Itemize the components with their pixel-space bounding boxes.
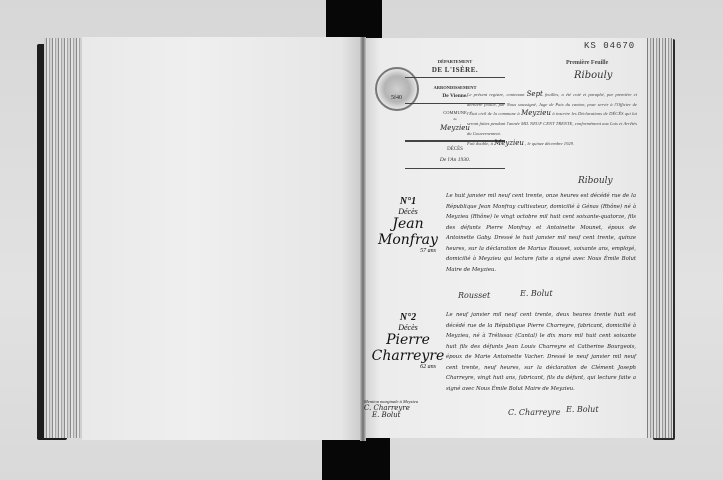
pages-count-handwritten: Sept xyxy=(527,90,543,98)
done-date: , le quinze décembre 1929. xyxy=(525,141,574,146)
entry-signature: E. Bolut xyxy=(566,405,599,414)
register-year: De l'An 1930. xyxy=(410,157,500,163)
scanner-clamp-bottom xyxy=(322,438,390,480)
done-at: Fait double, à xyxy=(467,141,493,146)
scanner-clamp-top xyxy=(326,0,382,38)
divider xyxy=(405,77,505,78)
entry-signature: C. Charreyre xyxy=(508,408,560,417)
entry-last-name: Charreyre xyxy=(368,348,448,364)
stamp-value: 5f40 xyxy=(391,95,402,101)
entry-signature: E. Bolut xyxy=(520,289,553,298)
left-page-blank xyxy=(82,37,363,440)
entry-margin: N°2 Décès Pierre Charreyre 62 ans xyxy=(368,312,448,370)
entry-number: N°2 xyxy=(368,312,448,323)
entry-signature: Rousset xyxy=(458,291,490,300)
entry-type: Décès xyxy=(368,323,448,332)
commune-handwritten: Meyzieu xyxy=(521,109,551,117)
entry-first-name: Pierre xyxy=(368,332,448,348)
entry-text: Le huit janvier mil neuf cent trente, on… xyxy=(446,191,636,275)
entry-age: 57 ans xyxy=(368,248,448,254)
top-signature: Ribouly xyxy=(574,70,612,81)
page-edges-left xyxy=(44,38,84,438)
departement-name: DE L'ISÈRE. xyxy=(410,66,500,74)
archive-reference: KS 04670 xyxy=(584,41,635,51)
margin-signature: E. Bolut xyxy=(372,411,400,419)
preamble-text: Le présent registre, contenant xyxy=(467,92,525,97)
entry-text: Le neuf janvier mil neuf cent trente, de… xyxy=(446,310,636,394)
register-preamble: Le présent registre, contenant Sept feui… xyxy=(467,90,637,148)
done-place: Meyzieu xyxy=(494,139,524,147)
margin-note: Mention marginale à Meyzieu C. Charreyre… xyxy=(364,398,424,419)
entry-first-name: Jean xyxy=(368,216,448,232)
book-gutter xyxy=(360,37,366,441)
premiere-feuille-label: Première Feuille xyxy=(566,60,608,66)
entry-margin: N°1 Décès Jean Monfray 57 ans xyxy=(368,196,448,254)
entry-age: 62 ans xyxy=(368,364,448,370)
preamble-signature: Ribouly xyxy=(578,176,613,186)
entry-type: Décès xyxy=(368,207,448,216)
entry-last-name: Monfray xyxy=(368,232,448,248)
page-edges-right xyxy=(645,38,673,438)
entry-number: N°1 xyxy=(368,196,448,207)
divider xyxy=(405,168,505,169)
departement-label: DÉPARTEMENT xyxy=(410,59,500,64)
